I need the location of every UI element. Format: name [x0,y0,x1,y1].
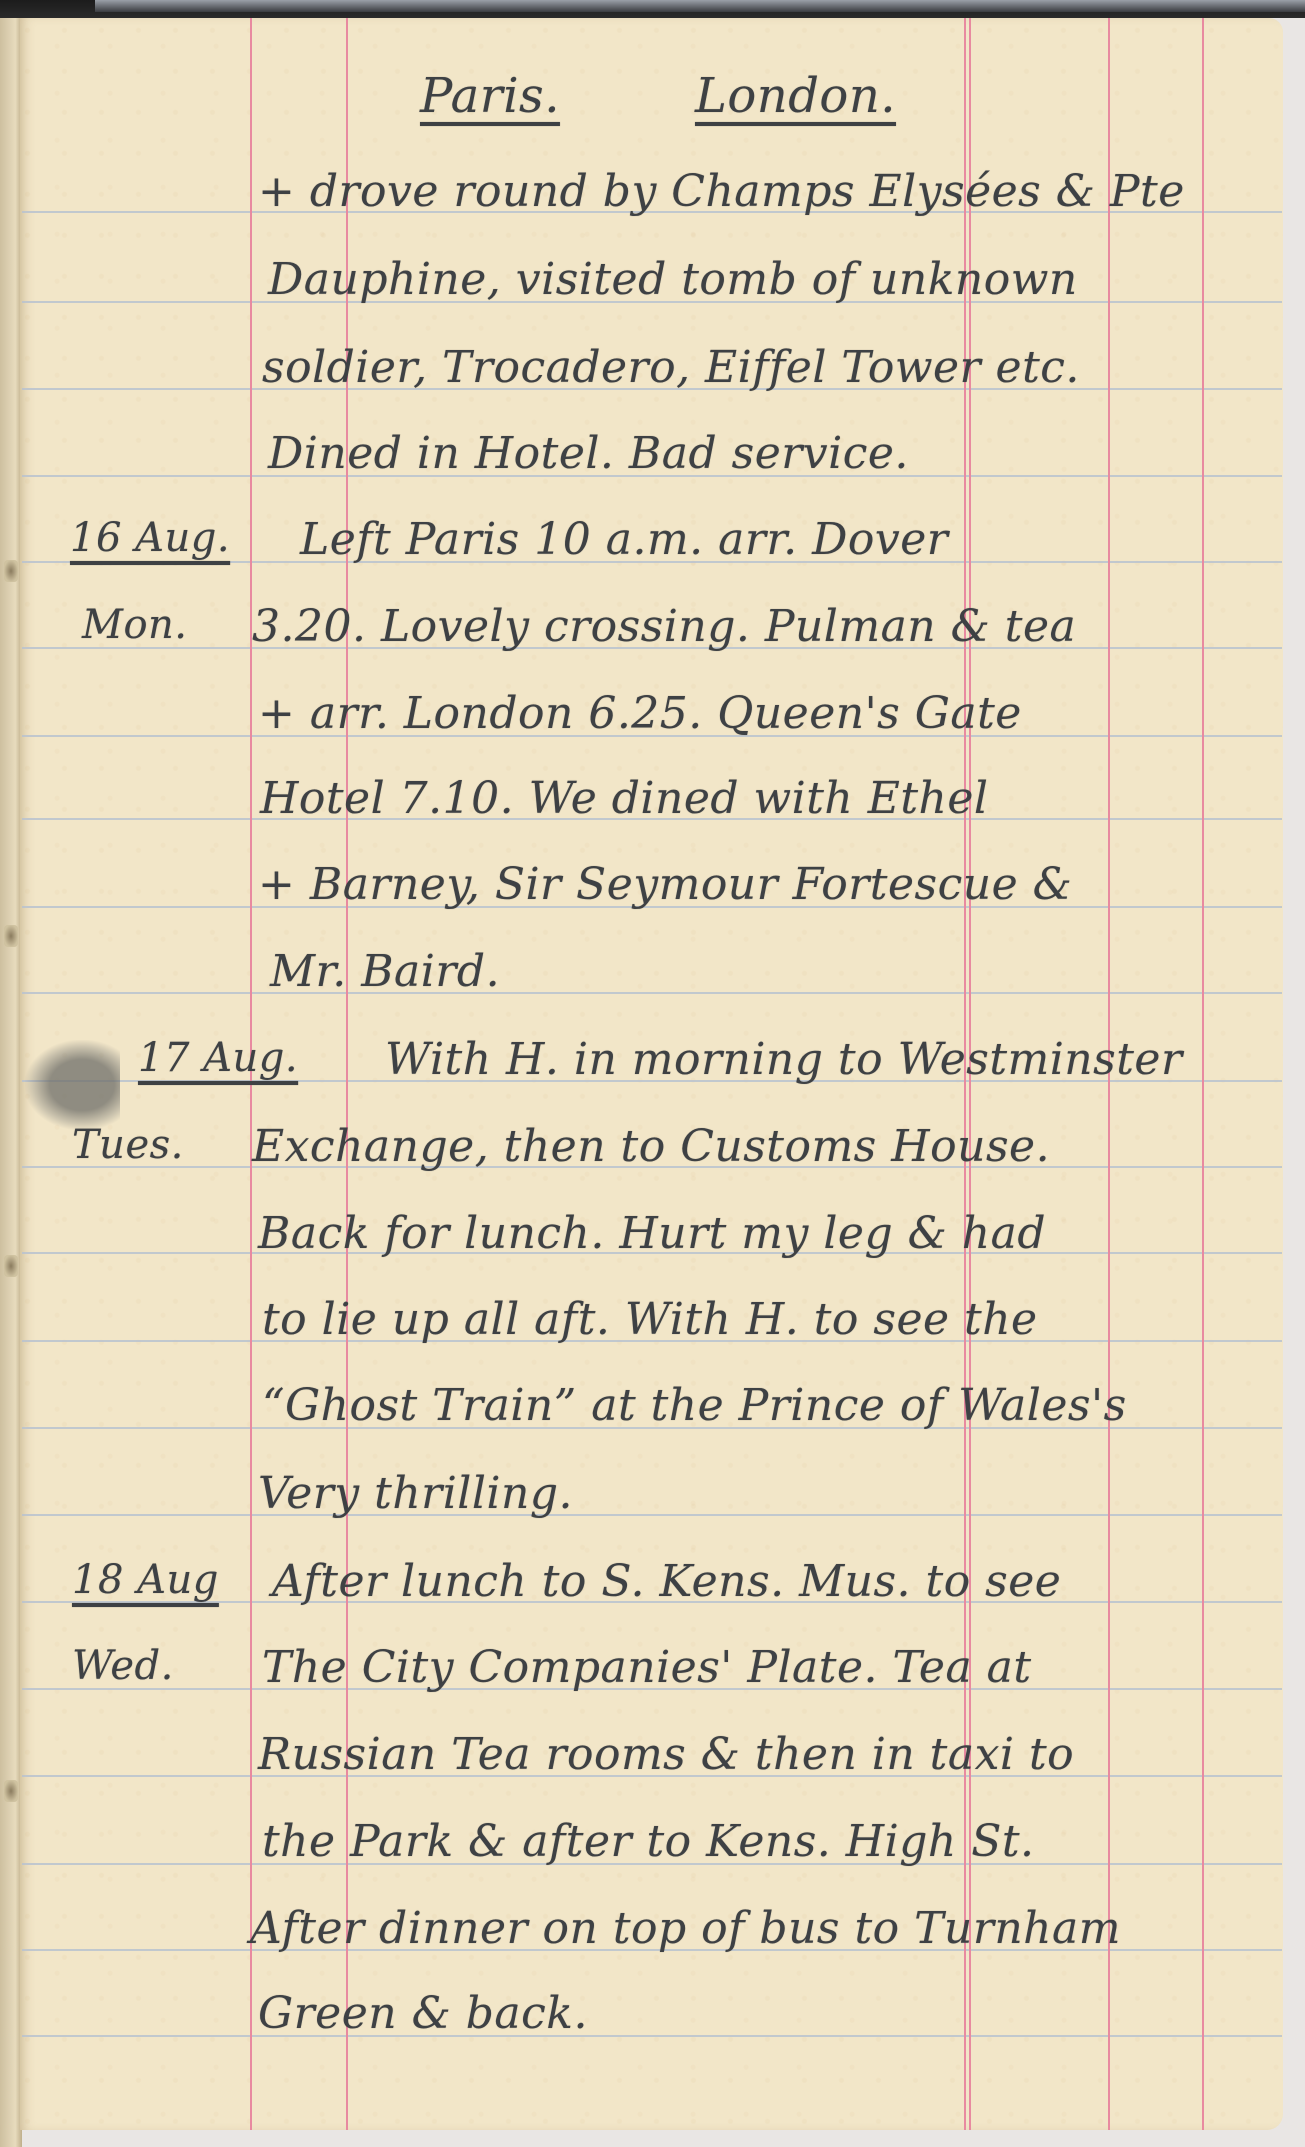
binding-hole [4,560,18,582]
diary-line: Dauphine, visited tomb of unknown [268,258,1078,302]
ruled-line [22,1514,1282,1516]
diary-line: Green & back. [258,1992,588,2036]
diary-line: Dined in Hotel. Bad service. [268,432,909,476]
title-paris: Paris. [420,72,560,120]
margin-day: Wed. [72,1646,174,1686]
diary-line: soldier, Trocadero, Eiffel Tower etc. [262,346,1080,390]
diary-line: the Park & after to Kens. High St. [262,1820,1035,1864]
diary-line: The City Companies' Plate. Tea at [262,1646,1032,1690]
margin-date: 16 Aug. [70,518,230,558]
diary-line: Very thrilling. [258,1472,573,1516]
previous-page-edge [0,18,22,2147]
diary-line: Hotel 7.10. We dined with Ethel [260,777,989,821]
title-london: London. [695,72,896,120]
column-line [1202,18,1204,2130]
diary-line: 3.20. Lovely crossing. Pulman & tea [252,605,1076,649]
diary-line: Mr. Baird. [270,950,500,994]
binding-hole [4,925,18,947]
margin-date: 18 Aug [72,1560,219,1600]
diary-line: After lunch to S. Kens. Mus. to see [272,1560,1061,1604]
binding-hole [4,1780,18,1802]
diary-line: Russian Tea rooms & then in taxi to [258,1733,1074,1777]
diary-line: Exchange, then to Customs House. [252,1125,1050,1169]
diary-line: + Barney, Sir Seymour Fortescue & [258,863,1072,907]
margin-day: Tues. [72,1125,184,1165]
scanner-glare [95,0,1305,12]
diary-line: After dinner on top of bus to Turnham [250,1907,1121,1951]
scanner-top-edge [0,0,1305,18]
ruled-line [22,992,1282,994]
diary-line: Back for lunch. Hurt my leg & had [258,1212,1046,1256]
diary-line: “Ghost Train” at the Prince of Wales's [262,1384,1127,1428]
ink-blot [25,1040,120,1130]
diary-line: to lie up all aft. With H. to see the [262,1298,1038,1342]
margin-line [346,18,348,2130]
diary-line: Left Paris 10 a.m. arr. Dover [300,518,948,562]
ruled-line [22,2035,1282,2037]
margin-day: Mon. [82,605,188,645]
margin-date: 17 Aug. [138,1038,298,1078]
diary-line: With H. in morning to Westminster [385,1038,1182,1082]
diary-line: + drove round by Champs Elysées & Pte [258,170,1185,214]
diary-line: + arr. London 6.25. Queen's Gate [258,692,1022,736]
binding-hole [4,1255,18,1277]
